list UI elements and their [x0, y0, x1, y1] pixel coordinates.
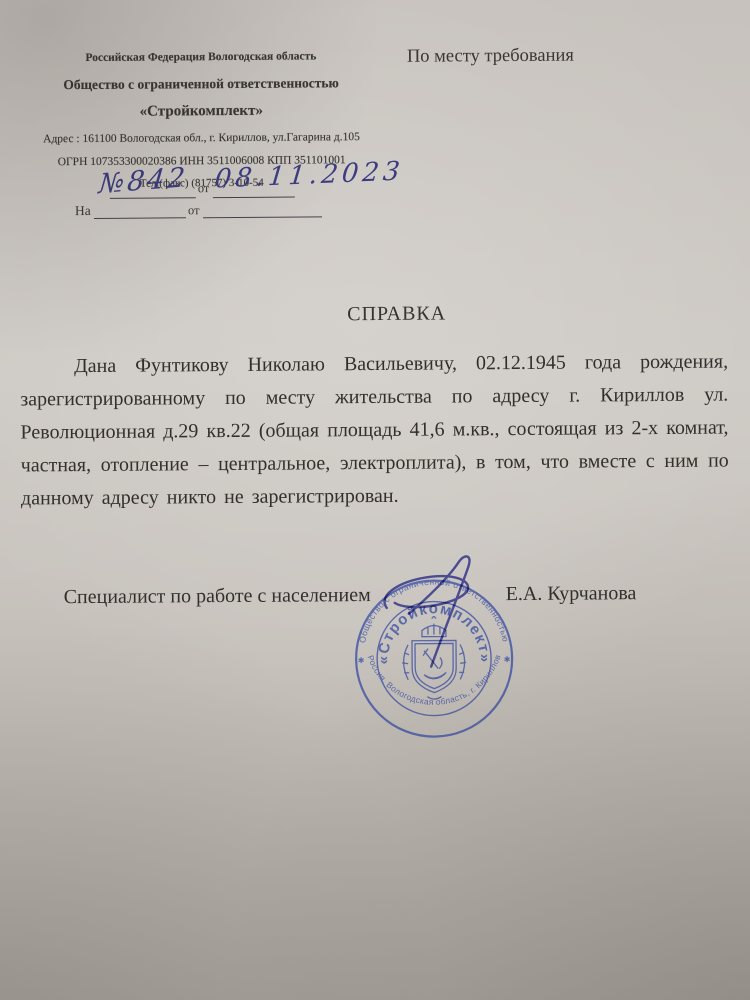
scanned-certificate-page: Российская Федерация Вологодская область…: [0, 0, 750, 1000]
letterhead-address-line: Адрес : 161100 Вологодская обл., г. Кири…: [15, 131, 387, 146]
recipient-line: По месту требования: [407, 46, 574, 68]
handwritten-signature: [368, 541, 489, 682]
document-content: Российская Федерация Вологодская область…: [0, 0, 750, 1000]
document-title: СПРАВКА: [0, 300, 749, 328]
letterhead-country-line: Российская Федерация Вологодская область: [15, 50, 387, 65]
number-from-label: от: [198, 181, 210, 196]
stamp-star-left-icon: ✱: [358, 656, 365, 665]
stamp-star-right-icon: ✱: [504, 655, 511, 664]
body-paragraph: Дана Фунтикову Николаю Васильевичу, 02.1…: [20, 346, 729, 516]
reference-underline-2: [203, 202, 322, 218]
reference-na-label: На: [75, 203, 91, 219]
signatory-name: Е.А. Курчанова: [506, 582, 637, 606]
letterhead-org-type-line: Общество с ограниченной ответственностью: [15, 75, 387, 94]
letterhead-org-name: «Стройкомплект»: [15, 102, 387, 122]
reference-from-label: от: [188, 203, 200, 218]
reference-underline-1: [94, 203, 186, 219]
signatory-role: Специалист по работе с населением: [64, 584, 371, 609]
